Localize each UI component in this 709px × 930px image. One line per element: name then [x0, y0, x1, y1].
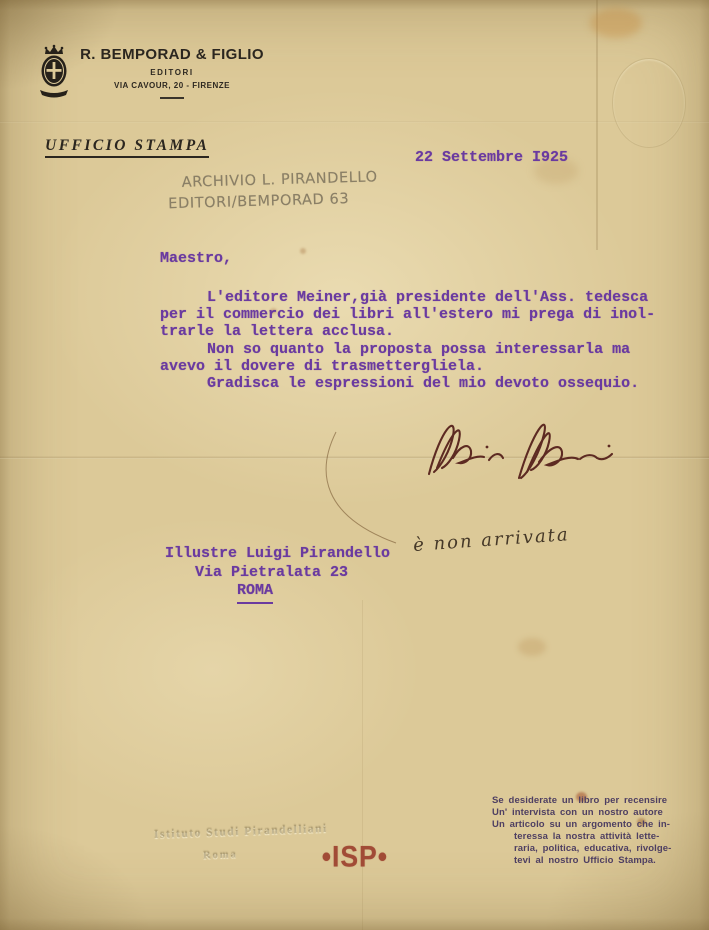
letter-date: 22 Settembre I925: [415, 149, 568, 166]
press-office-label: UFFICIO STAMPA: [45, 137, 209, 158]
company-address: VIA CAVOUR, 20 - FIRENZE: [74, 81, 270, 90]
salutation: Maestro,: [160, 250, 232, 267]
recipient-block: Illustre Luigi Pirandello Via Pietralata…: [165, 545, 390, 604]
promo-line: Se desiderate un libro per recensire: [492, 795, 694, 807]
paper-stain: [518, 638, 546, 656]
paper-stain: [300, 248, 306, 254]
body-line: trarle la lettera acclusa.: [160, 323, 655, 340]
company-division: EDITORI: [74, 68, 270, 77]
promo-line: Un' intervista con un nostro autore: [492, 807, 694, 819]
press-office-promo: Se desiderate un libro per recensire Un'…: [492, 795, 694, 868]
embossed-stamp-line1: Istituto Studi Pirandelliani: [154, 823, 328, 841]
isp-stamp: •ISP•: [322, 840, 388, 874]
company-name: R. BEMPORAD & FIGLIO: [74, 46, 270, 63]
body-line: Gradisca le espressioni del mio devoto o…: [160, 375, 655, 392]
recipient-name: Illustre Luigi Pirandello: [165, 545, 390, 564]
paper-stain: [590, 8, 642, 38]
body-line: Non so quanto la proposta possa interess…: [160, 341, 655, 358]
letterhead-block: R. BEMPORAD & FIGLIO EDITORI VIA CAVOUR,…: [74, 46, 270, 99]
archive-annotation: ARCHIVIO L. PIRANDELLO EDITORI/BEMPORAD …: [167, 167, 398, 215]
body-line: avevo il dovere di trasmettergliela.: [160, 358, 655, 375]
letter-body: L'editore Meiner,già presidente dell'Ass…: [160, 289, 655, 392]
recipient-city: ROMA: [165, 582, 390, 604]
publisher-crest-icon: [36, 44, 72, 98]
fold-crease-vertical-lower: [362, 600, 363, 930]
promo-line: teressa la nostra attività lette-: [492, 831, 694, 843]
embossed-circle-mark: [612, 58, 686, 148]
letter-scan-page: R. BEMPORAD & FIGLIO EDITORI VIA CAVOUR,…: [0, 0, 709, 930]
signature-handwriting: [423, 410, 618, 485]
handwritten-delivery-note: è non arrivata: [413, 519, 644, 556]
fold-crease-vertical: [596, 0, 598, 250]
body-line: per il commercio dei libri all'estero mi…: [160, 306, 655, 323]
embossed-stamp-line2: Roma: [203, 849, 238, 861]
fold-crease-upper: [0, 121, 709, 123]
body-line: L'editore Meiner,già presidente dell'Ass…: [160, 289, 655, 306]
letterhead-rule: [160, 97, 184, 99]
promo-line: Un articolo su un argomento che in-: [492, 819, 694, 831]
recipient-street: Via Pietralata 23: [165, 564, 390, 583]
promo-line: raria, politica, educativa, rivolge-: [492, 843, 694, 855]
promo-line: tevi al nostro Ufficio Stampa.: [492, 855, 694, 867]
